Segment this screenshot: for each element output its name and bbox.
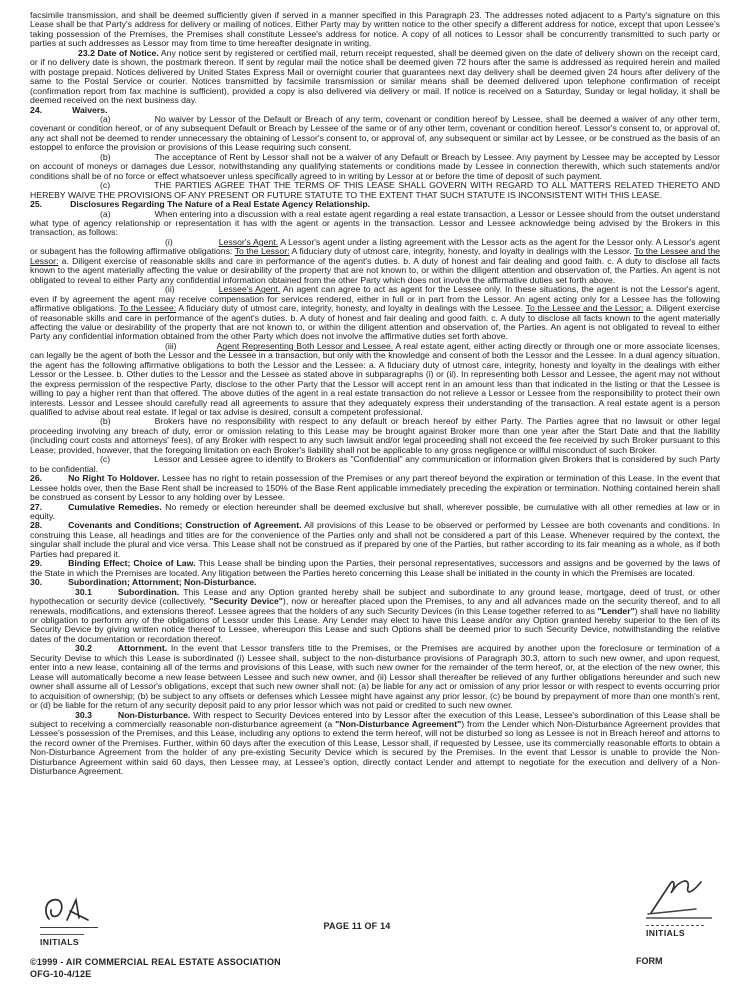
document-body: facsimile transmission, and shall be dee…: [30, 11, 720, 777]
para-23-1-continuation: facsimile transmission, and shall be dee…: [30, 11, 720, 49]
para-30-2-attornment: 30.2Attornment. In the event that Lessor…: [30, 644, 720, 710]
para-26-no-right-to-holdover: 26.No Right To Holdover. Lessee has no r…: [30, 474, 720, 502]
para-24-c: (c)THE PARTIES AGREE THAT THE TERMS OF T…: [30, 181, 720, 200]
para-28-covenants: 28.Covenants and Conditions; Constructio…: [30, 521, 720, 559]
para-25-c: (c)Lessor and Lessee agree to identify t…: [30, 455, 720, 474]
para-25-a-i: (i)Lessor's Agent. A Lessor's agent unde…: [30, 238, 720, 285]
text-segment: A real estate agent, either acting direc…: [30, 341, 720, 417]
tab-spacer: [92, 717, 118, 718]
text-segment: No waiver by Lessor of the Default or Br…: [30, 114, 720, 152]
tab-spacer: [30, 244, 165, 245]
text-segment: 24.: [30, 105, 42, 115]
para-30-1-subordination: 30.1Subordination. This Lease and any Op…: [30, 588, 720, 645]
para-29-binding-effect: 29.Binding Effect; Choice of Law. This L…: [30, 559, 720, 578]
para-30-3-non-disturbance: 30.3Non-Disturbance. With respect to Sec…: [30, 711, 720, 777]
text-segment: 25.: [30, 199, 42, 209]
tab-spacer: [177, 348, 217, 349]
text-segment: ) from the Lender which Non-Disturbance …: [30, 719, 720, 776]
tab-spacer: [111, 121, 155, 122]
initials-label-right: INITIALS: [646, 928, 720, 938]
tab-spacer: [30, 348, 165, 349]
tab-spacer: [42, 527, 68, 528]
tab-spacer: [111, 216, 155, 217]
tab-spacer: [30, 121, 100, 122]
para-23-2-date-of-notice: 23.2 Date of Notice. Any notice sent by …: [30, 49, 720, 106]
tab-spacer: [30, 650, 75, 651]
form-label: FORM: [636, 956, 663, 966]
para-25-a-iii: (iii)Agent Representing Both Lessor and …: [30, 342, 720, 418]
tab-spacer: [30, 159, 100, 160]
tab-spacer: [42, 206, 70, 207]
tab-spacer: [30, 594, 75, 595]
tab-spacer: [110, 187, 154, 188]
para-24-a: (a)No waiver by Lessor of the Default or…: [30, 115, 720, 153]
text-segment: 30.: [30, 577, 42, 587]
tab-spacer: [30, 187, 100, 188]
text-segment: When entering into a discussion with a r…: [30, 209, 720, 238]
text-segment: Lessor and Lessee agree to identify to B…: [30, 454, 720, 473]
tab-spacer: [42, 509, 68, 510]
para-25-b: (b)Brokers have no responsibility with r…: [30, 417, 720, 455]
tab-spacer: [42, 565, 68, 566]
tab-spacer: [30, 461, 100, 462]
signature-line-secondary: [40, 934, 84, 935]
tab-spacer: [110, 461, 154, 462]
text-segment: THE PARTIES AGREE THAT THE TERMS OF THIS…: [30, 180, 720, 199]
tab-spacer: [111, 423, 155, 424]
signature-line: [646, 917, 712, 919]
text-segment: Cumulative Remedies.: [68, 502, 162, 512]
initials-block-right: INITIALS: [646, 876, 720, 938]
tab-spacer: [42, 480, 68, 481]
page-number: PAGE 11 OF 14: [0, 921, 714, 931]
text-segment: In the event that Lessor transfers title…: [30, 643, 720, 710]
tab-spacer: [92, 650, 118, 651]
tab-spacer: [42, 112, 72, 113]
tab-spacer: [30, 717, 75, 718]
tab-spacer: [111, 159, 155, 160]
para-24-b: (b)The acceptance of Rent by Lessor shal…: [30, 153, 720, 181]
tab-spacer: [173, 244, 219, 245]
tab-spacer: [30, 423, 100, 424]
tab-spacer: [30, 55, 78, 56]
tab-spacer: [30, 216, 100, 217]
para-25-a-ii: (ii)Lessee's Agent. An agent can agree t…: [30, 285, 720, 342]
text-segment: a. Diligent exercise of reasonable skill…: [30, 256, 720, 285]
tab-spacer: [30, 291, 165, 292]
tab-spacer: [175, 291, 219, 292]
copyright-block: ©1999 - AIR COMMERCIAL REAL ESTATE ASSOC…: [30, 957, 281, 980]
text-segment: The acceptance of Rent by Lessor shall n…: [30, 152, 720, 181]
form-code: OFG-10-4/12E: [30, 969, 281, 981]
para-25-a: (a)When entering into a discussion with …: [30, 210, 720, 238]
handwritten-initials-right-icon: [646, 876, 716, 916]
initials-label-left: INITIALS: [40, 937, 102, 947]
tab-spacer: [92, 594, 118, 595]
para-27-cumulative-remedies: 27.Cumulative Remedies. No remedy or ele…: [30, 503, 720, 522]
text-segment: facsimile transmission, and shall be dee…: [30, 10, 720, 48]
tab-spacer: [42, 584, 68, 585]
text-segment: Any notice sent by registered or certifi…: [30, 48, 720, 105]
lease-document-page: { "document": { "paragraphs": [ {"name":…: [0, 0, 750, 1000]
text-segment: Brokers have no responsibility with resp…: [30, 416, 720, 454]
copyright-line: ©1999 - AIR COMMERCIAL REAL ESTATE ASSOC…: [30, 957, 281, 969]
signature-line-secondary: [646, 925, 704, 926]
text-segment: (c): [100, 454, 110, 464]
